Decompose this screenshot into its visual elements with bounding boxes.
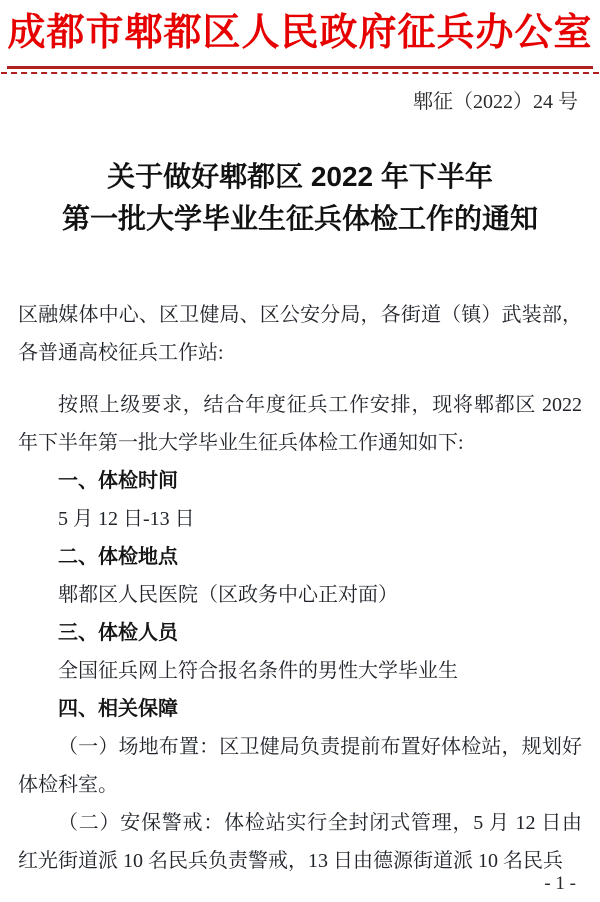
paragraph: 5 月 12 日-13 日	[18, 500, 582, 538]
letterhead-dashed-rule	[1, 72, 599, 74]
document-title: 关于做好郫都区 2022 年下半年 第一批大学毕业生征兵体检工作的通知	[0, 156, 600, 240]
page-number: - 1 -	[544, 873, 576, 895]
paragraph: 区融媒体中心、区卫健局、区公安分局，各街道（镇）武装部，各普通高校征兵工作站:	[18, 296, 582, 372]
letterhead-solid-rule	[7, 66, 593, 69]
paragraph: 郫都区人民医院（区政务中心正对面）	[18, 576, 582, 614]
paragraph: 按照上级要求，结合年度征兵工作安排，现将郫都区 2022 年下半年第一批大学毕业…	[18, 386, 582, 462]
paragraph: 全国征兵网上符合报名条件的男性大学毕业生	[18, 652, 582, 690]
document-title-line-1: 关于做好郫都区 2022 年下半年	[0, 156, 600, 198]
paragraph: （一）场地布置：区卫健局负责提前布置好体检站，规划好体检科室。	[18, 728, 582, 804]
letterhead-office-name: 成都市郫都区人民政府征兵办公室	[0, 7, 600, 59]
document-title-line-2: 第一批大学毕业生征兵体检工作的通知	[0, 198, 600, 240]
section-heading: 二、体检地点	[18, 538, 582, 576]
paragraph: （二）安保警戒：体检站实行全封闭式管理，5 月 12 日由红光街道派 10 名民…	[18, 804, 582, 880]
document-number: 郫征（2022）24 号	[0, 90, 600, 114]
section-heading: 三、体检人员	[18, 614, 582, 652]
section-heading: 四、相关保障	[18, 690, 582, 728]
document-body: 区融媒体中心、区卫健局、区公安分局，各街道（镇）武装部，各普通高校征兵工作站:按…	[18, 296, 582, 880]
section-heading: 一、体检时间	[18, 462, 582, 500]
document-page: 成都市郫都区人民政府征兵办公室 郫征（2022）24 号 关于做好郫都区 202…	[0, 0, 600, 902]
